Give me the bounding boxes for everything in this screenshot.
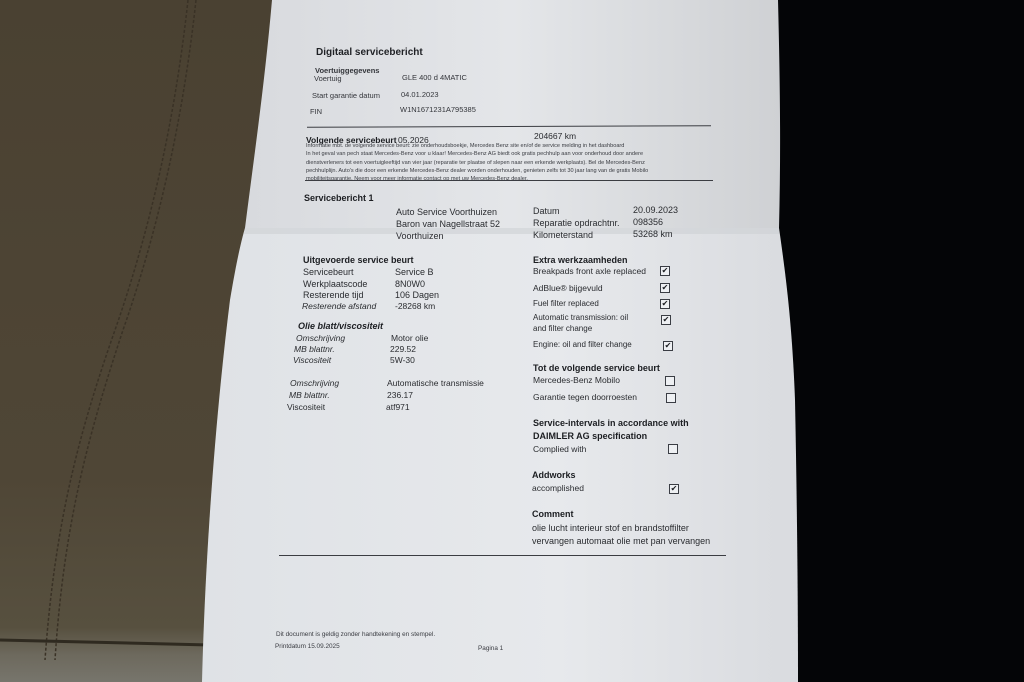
oil-1-viscosity-label: Viscositeit	[293, 355, 331, 365]
oil-2-description-label: Omschrijving	[290, 378, 339, 388]
oil-1-viscosity-value: 5W-30	[390, 355, 415, 365]
remaining-distance-label: Resterende afstand	[302, 301, 376, 311]
oil-2-mb-number-label: MB blattnr.	[289, 390, 330, 400]
extra-item-transmission: Automatic transmission: oil	[533, 313, 628, 322]
next-service-info: Informatie mbt. de volgende service beur…	[306, 142, 648, 183]
item-mobilo: Mercedes-Benz Mobilo	[533, 375, 620, 385]
addworks-heading: Addworks	[532, 470, 576, 480]
oil-1-description-value: Motor olie	[391, 333, 428, 343]
extra-item-fuel-filter: Fuel filter replaced	[533, 299, 599, 308]
oil-2-viscosity-value: atf971	[386, 402, 410, 412]
remaining-time-value: 106 Dagen	[395, 290, 439, 300]
extra-work-heading: Extra werkzaamheden	[533, 255, 628, 265]
comment-line-1: olie lucht interieur stof en brandstoffi…	[532, 523, 689, 533]
service-type-label: Servicebeurt	[303, 267, 354, 277]
fin-label: FIN	[310, 107, 322, 116]
checkbox-fuel-filter[interactable]: ✔	[660, 299, 670, 309]
oil-1-description-label: Omschrijving	[296, 333, 345, 343]
workshop-code-value: 8N0W0	[395, 279, 425, 289]
fin-value: W1N1671231A795385	[400, 105, 476, 114]
dealer-name: Auto Service Voorthuizen	[396, 207, 497, 217]
checkbox-transmission[interactable]: ✔	[661, 315, 671, 325]
intervals-heading-line1: Service-intervals in accordance with	[533, 418, 689, 428]
dealer-address: Baron van Nagellstraat 52	[396, 219, 500, 229]
comment-heading: Comment	[532, 509, 574, 519]
extra-item-transmission-cont: and filter change	[533, 324, 592, 333]
intervals-heading-line2: DAIMLER AG specification	[533, 431, 647, 441]
oil-heading: Olie blatt/viscositeit	[298, 321, 383, 331]
oil-2-description-value: Automatische transmissie	[387, 378, 484, 388]
section-divider	[279, 555, 726, 556]
comment-line-2: vervangen automaat olie met pan vervange…	[532, 536, 710, 546]
mileage-label: Kilometerstand	[533, 230, 593, 240]
repair-order-label: Reparatie opdrachtnr.	[533, 218, 620, 228]
warranty-start-label: Start garantie datum	[312, 91, 380, 100]
service-report-paper: Digitaal servicebericht Voertuiggegevens…	[0, 0, 1024, 682]
extra-item-adblue: AdBlue® bijgevuld	[533, 283, 603, 293]
vehicle-value: GLE 400 d 4MATIC	[402, 73, 467, 82]
footer-page-number: Pagina 1	[478, 645, 503, 652]
remaining-distance-value: -28268 km	[395, 301, 435, 311]
item-rust-warranty: Garantie tegen doorroesten	[533, 392, 637, 402]
performed-service-heading: Uitgevoerde service beurt	[303, 255, 414, 265]
remaining-time-label: Resterende tijd	[303, 290, 364, 300]
oil-1-mb-number-label: MB blattnr.	[294, 344, 335, 354]
checkbox-rust-warranty[interactable]	[666, 393, 676, 403]
checkbox-mobilo[interactable]	[665, 376, 675, 386]
extra-item-brakepads: Breakpads front axle replaced	[533, 266, 646, 276]
item-accomplished: accomplished	[532, 483, 584, 493]
checkbox-brakepads[interactable]: ✔	[660, 266, 670, 276]
oil-2-viscosity-label: Viscositeit	[287, 402, 325, 412]
checkbox-engine-oil[interactable]: ✔	[663, 341, 673, 351]
until-next-heading: Tot de volgende service beurt	[533, 363, 660, 373]
oil-2-mb-number-value: 236.17	[387, 390, 413, 400]
service-type-value: Service B	[395, 267, 434, 277]
item-complied-with: Complied with	[533, 444, 586, 454]
date-value: 20.09.2023	[633, 205, 678, 215]
service-report-heading: Servicebericht 1	[304, 193, 374, 203]
oil-1-mb-number-value: 229.52	[390, 344, 416, 354]
warranty-start-value: 04.01.2023	[401, 90, 439, 99]
document-title: Digitaal servicebericht	[316, 47, 423, 58]
date-label: Datum	[533, 206, 560, 216]
section-divider	[305, 180, 713, 181]
vehicle-label: Voertuig	[314, 74, 342, 83]
footer-validity-note: Dit document is geldig zonder handtekeni…	[276, 631, 435, 638]
footer-print-date: Printdatum 15.09.2025	[275, 643, 340, 650]
checkbox-adblue[interactable]: ✔	[660, 283, 670, 293]
checkbox-complied-with[interactable]	[668, 444, 678, 454]
repair-order-value: 098356	[633, 217, 663, 227]
mileage-value: 53268 km	[633, 229, 673, 239]
dealer-city: Voorthuizen	[396, 231, 444, 241]
checkbox-accomplished[interactable]: ✔	[669, 484, 679, 494]
workshop-code-label: Werkplaatscode	[303, 279, 367, 289]
next-service-km: 204667 km	[534, 131, 576, 141]
extra-item-engine-oil: Engine: oil and filter change	[533, 340, 632, 349]
